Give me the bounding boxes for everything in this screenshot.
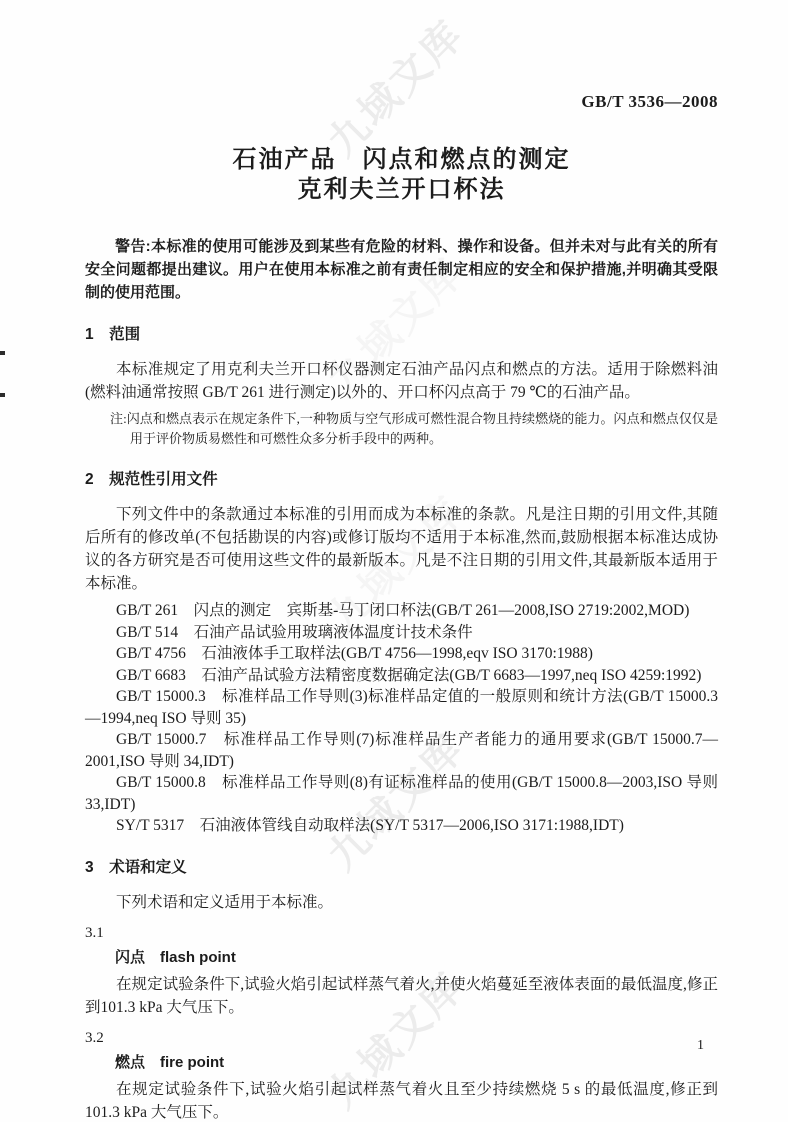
title-line-1: 石油产品 闪点和燃点的测定 [85,145,718,175]
section-1-note: 注:闪点和燃点表示在规定条件下,一种物质与空气形成可燃性混合物且持续燃烧的能力。… [110,409,718,449]
page-number: 1 [697,1038,704,1054]
edge-registration-mark [0,351,5,355]
reference-item: SY/T 5317 石油液体管线自动取样法(SY/T 5317—2006,ISO… [85,815,718,837]
section-3-heading: 3 术语和定义 [85,858,718,878]
reference-item: GB/T 261 闪点的测定 宾斯基-马丁闭口杯法(GB/T 261—2008,… [85,600,718,622]
title-line-2: 克利夫兰开口杯法 [85,175,718,205]
edge-registration-mark [0,393,5,397]
term-number: 3.1 [85,923,718,943]
warning-paragraph: 警告:本标准的使用可能涉及到某些有危险的材料、操作和设备。但并未对与此有关的所有… [85,235,718,304]
reference-list: GB/T 261 闪点的测定 宾斯基-马丁闭口杯法(GB/T 261—2008,… [85,600,718,837]
section-2-heading: 2 规范性引用文件 [85,470,718,490]
term-name: 闪点 flash point [85,948,718,968]
section-1-heading: 1 范围 [85,325,718,345]
reference-item: GB/T 514 石油产品试验用玻璃液体温度计技术条件 [85,622,718,644]
document-title: 石油产品 闪点和燃点的测定 克利夫兰开口杯法 [85,145,718,205]
reference-item: GB/T 6683 石油产品试验方法精密度数据确定法(GB/T 6683—199… [85,665,718,687]
section-3-intro: 下列术语和定义适用于本标准。 [85,891,718,914]
reference-item: GB/T 15000.7 标准样品工作导则(7)标准样品生产者能力的通用要求(G… [85,729,718,772]
reference-item: GB/T 15000.3 标准样品工作导则(3)标准样品定值的一般原则和统计方法… [85,686,718,729]
standard-code: GB/T 3536—2008 [85,93,718,111]
term-definition: 在规定试验条件下,试验火焰引起试样蒸气着火,并使火焰蔓延至液体表面的最低温度,修… [85,973,718,1019]
term-definition: 在规定试验条件下,试验火焰引起试样蒸气着火且至少持续燃烧 5 s 的最低温度,修… [85,1078,718,1122]
reference-item: GB/T 15000.8 标准样品工作导则(8)有证标准样品的使用(GB/T 1… [85,772,718,815]
reference-item: GB/T 4756 石油液体手工取样法(GB/T 4756—1998,eqv I… [85,643,718,665]
section-2-intro: 下列文件中的条款通过本标准的引用而成为本标准的条款。凡是注日期的引用文件,其随后… [85,503,718,595]
term-name: 燃点 fire point [85,1053,718,1073]
page-content: GB/T 3536—2008 石油产品 闪点和燃点的测定 克利夫兰开口杯法 警告… [0,0,788,1122]
document-page: 九域文库 九域文库 九域文库 九域文库 九域文库 GB/T 3536—2008 … [0,0,788,1122]
section-1-body: 本标准规定了用克利夫兰开口杯仪器测定石油产品闪点和燃点的方法。适用于除燃料油(燃… [85,358,718,404]
term-number: 3.2 [85,1028,718,1048]
